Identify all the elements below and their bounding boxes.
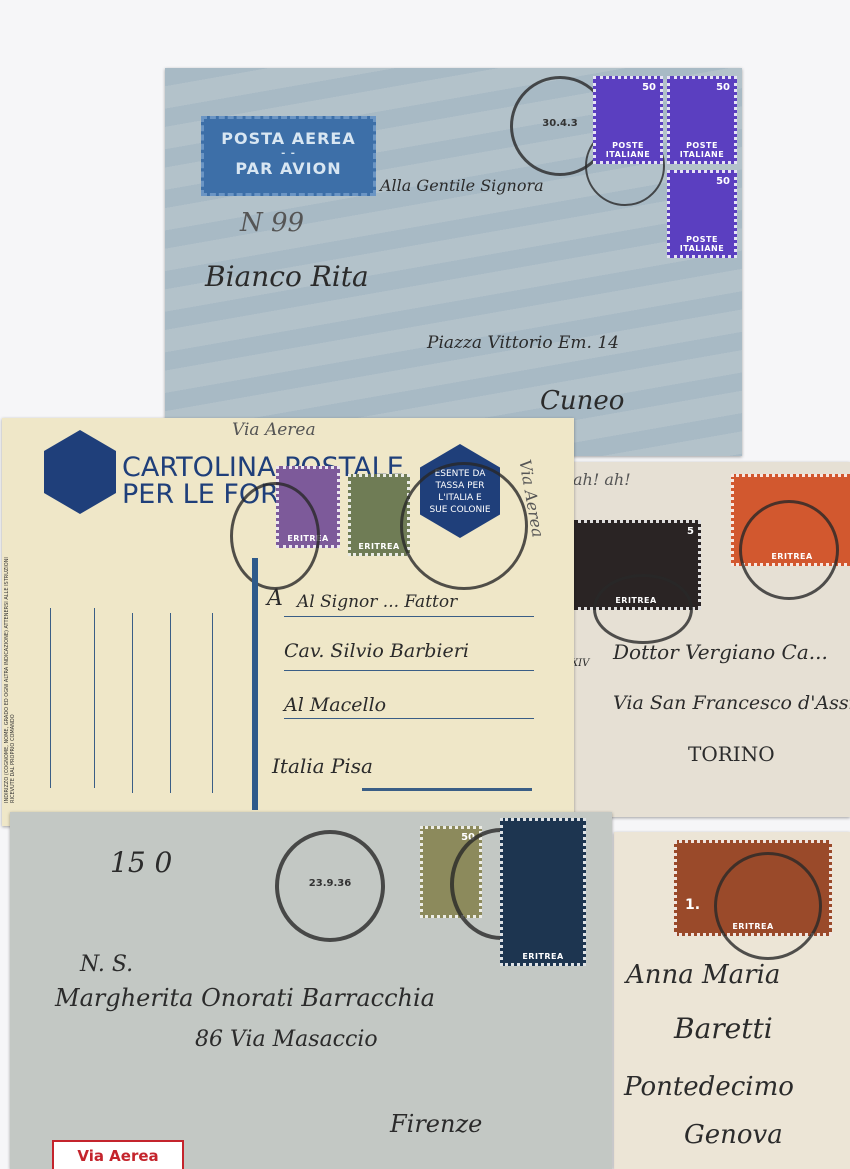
prefix: N. S. xyxy=(80,952,133,977)
recipient-city: TORINO xyxy=(688,742,775,766)
recipient-city: Italia Pisa xyxy=(272,754,373,778)
postmark xyxy=(230,482,320,590)
note: Via Aerea xyxy=(232,420,316,440)
recipient-street: Al Macello xyxy=(284,694,386,716)
envelope-firenze: 15 0 23.9.36 50 ERITREA N. S. Margherita… xyxy=(10,812,612,1169)
recipient-street: Via San Francesco d'Assisi xyxy=(613,692,850,714)
recipient-name: Dottor Vergiano Ca... xyxy=(613,640,828,664)
postmark xyxy=(739,500,839,600)
airmail-envelope-cuneo: POSTA AEREA - - PAR AVION 30.4.3 50POSTE… xyxy=(165,68,742,456)
divider xyxy=(252,558,258,810)
recipient-city: Cuneo xyxy=(540,386,624,416)
postmark xyxy=(714,852,822,960)
recipient-street: Pontedecimo xyxy=(624,1072,794,1102)
recipient-city: Firenze xyxy=(390,1110,482,1138)
note: N 99 xyxy=(240,208,304,238)
recipient-street: 86 Via Masaccio xyxy=(195,1027,378,1052)
note: 15 0 xyxy=(110,846,172,879)
postmark xyxy=(400,462,528,590)
via-aerea-label: Via Aerea xyxy=(52,1140,184,1169)
coat-of-arms-icon xyxy=(44,430,116,514)
recipient-line: Al Signor ... Fattor xyxy=(297,592,457,612)
airmail-label-line2: PAR AVION xyxy=(204,159,373,178)
recipient-surname: Baretti xyxy=(674,1012,773,1045)
stamp: 50POSTE ITALIANE xyxy=(667,170,737,258)
postmark xyxy=(593,574,693,644)
military-postcard-pisa: Via Aerea CARTOLINA POSTALE PER LE FORZE… xyxy=(2,418,574,826)
recipient-name: Margherita Onorati Barracchia xyxy=(55,984,435,1012)
stamp: 50POSTE ITALIANE xyxy=(593,76,663,164)
note: ah! ah! xyxy=(573,470,631,489)
recipient-city: Genova xyxy=(684,1120,783,1150)
stamp: 50POSTE ITALIANE xyxy=(667,76,737,164)
address-prefix: A xyxy=(267,586,283,611)
postcard-genova: 1.ERITREA Anna Maria Baretti Pontedecimo… xyxy=(614,832,850,1169)
salutation: Alla Gentile Signora xyxy=(380,176,544,195)
stamp: ERITREA xyxy=(500,818,586,966)
recipient-name: Bianco Rita xyxy=(205,260,369,293)
postcard-torino: ah! ah! 5ERITREA ERITREA Dottor Vergiano… xyxy=(563,462,850,817)
recipient-street: Piazza Vittorio Em. 14 xyxy=(427,333,619,353)
posta-aerea-label: POSTA AEREA - - PAR AVION xyxy=(201,116,376,196)
airmail-label-line1: POSTA AEREA xyxy=(204,129,373,148)
instructions-text: INDIRIZZO (COGNOME, NOME, GRADO ED OGNI … xyxy=(4,553,16,803)
postmark: 23.9.36 xyxy=(275,830,385,942)
recipient-name: Anna Maria xyxy=(626,960,780,990)
recipient-name: Cav. Silvio Barbieri xyxy=(284,640,469,662)
